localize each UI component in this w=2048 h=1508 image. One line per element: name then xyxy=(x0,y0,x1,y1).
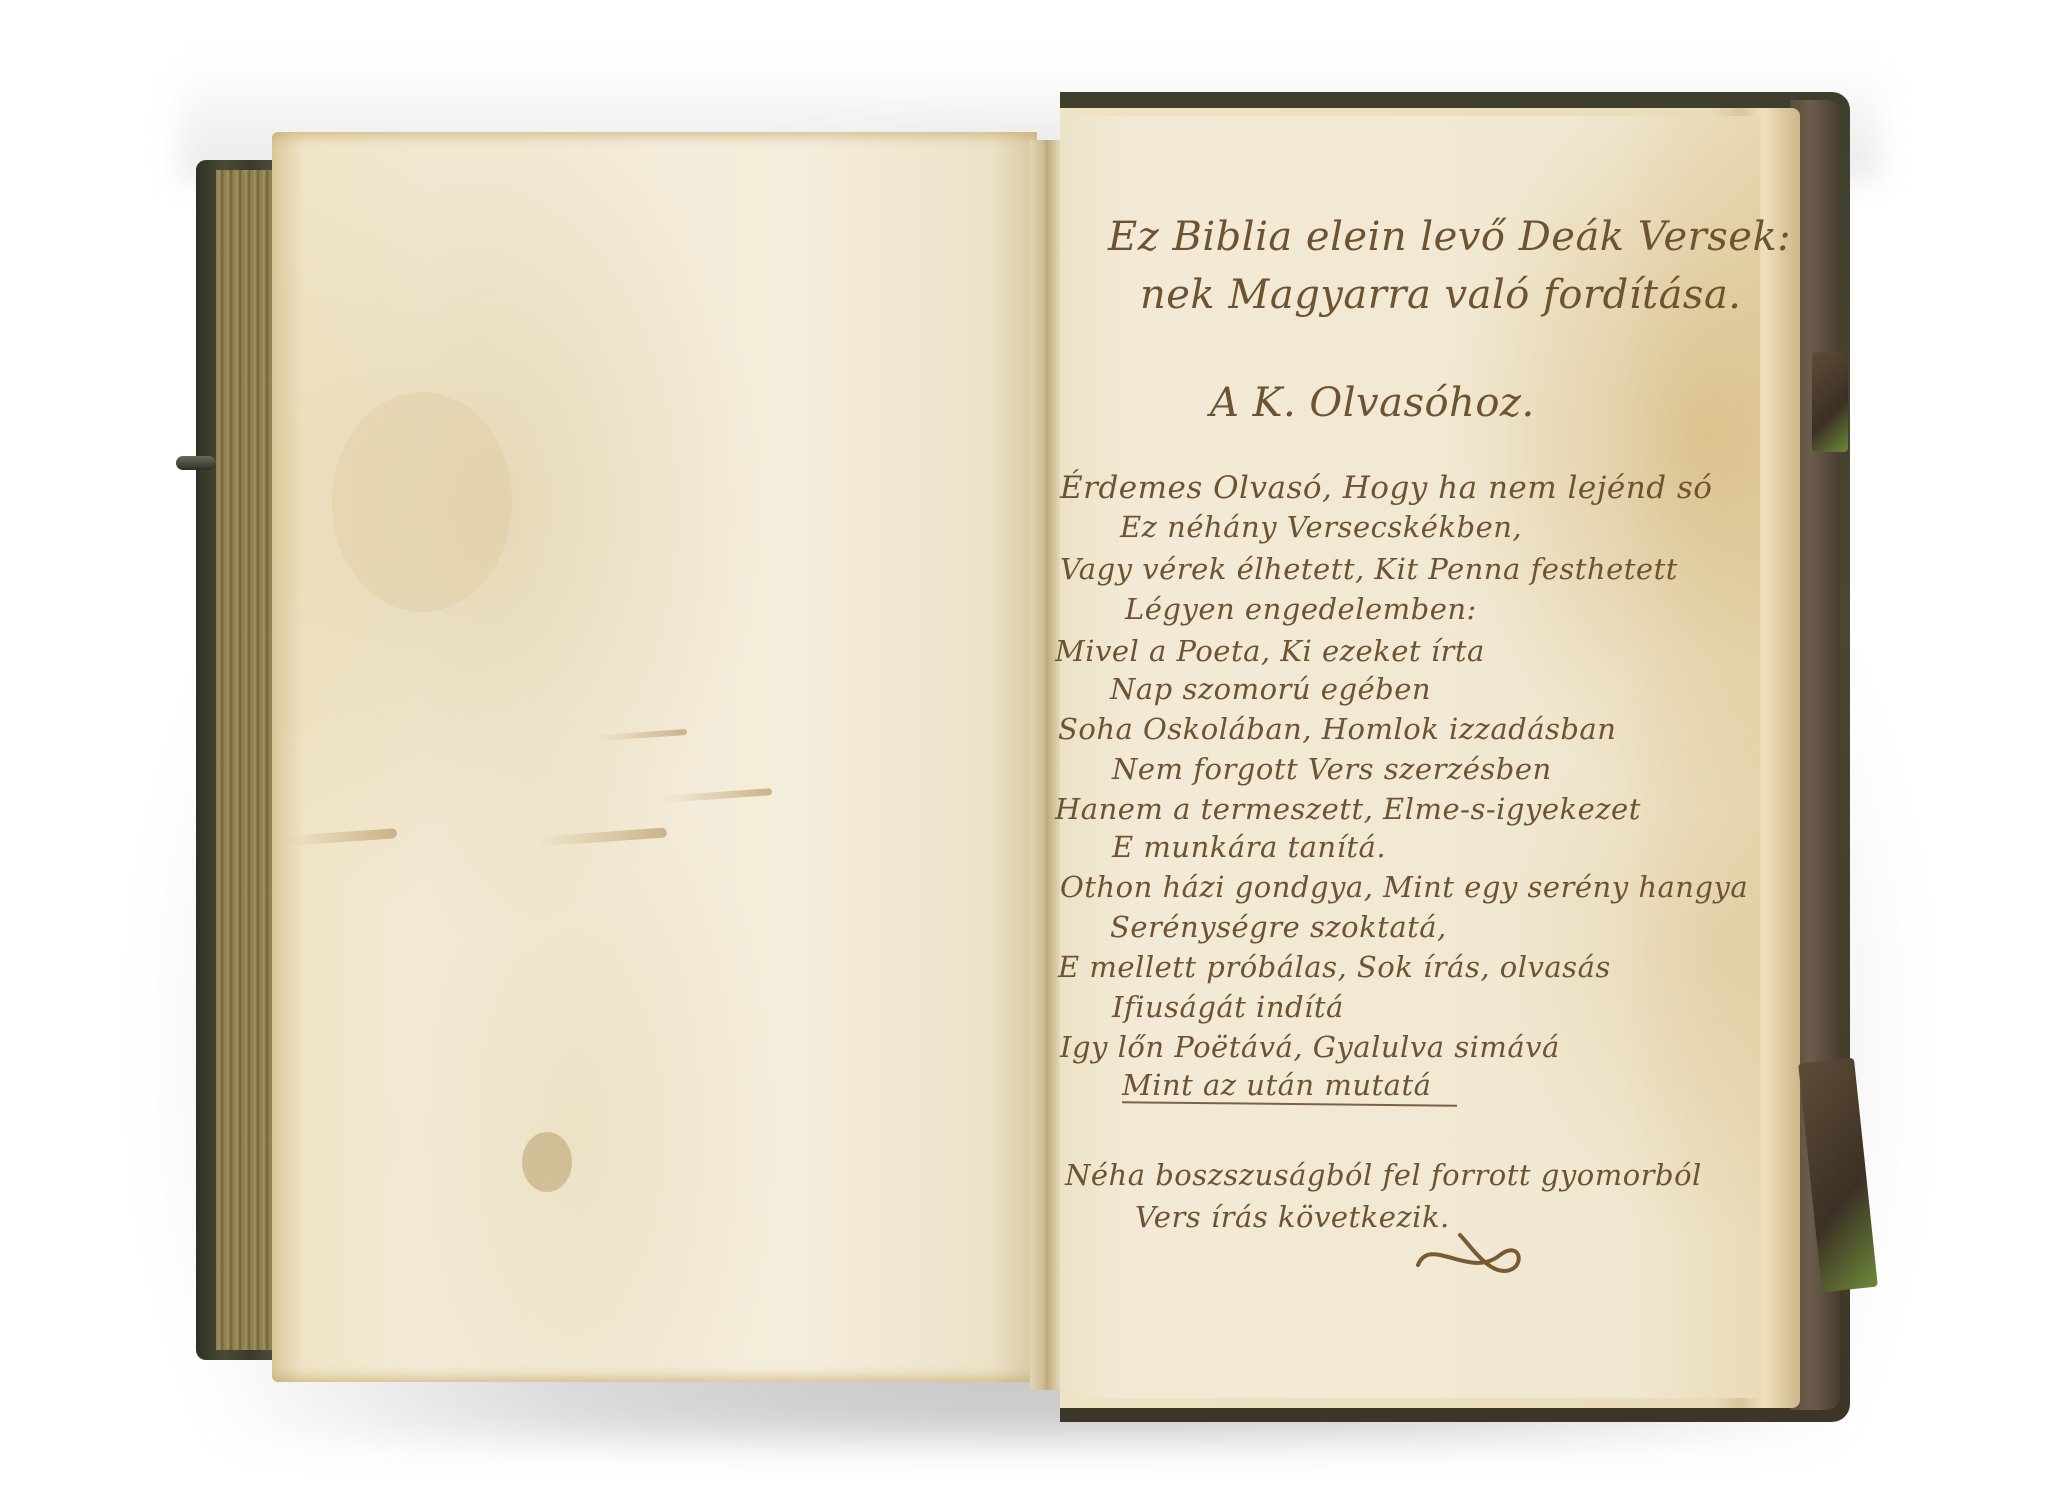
verse-line: Mivel a Poeta, Ki ezeket írta xyxy=(1055,634,1485,668)
clasp-pin-icon xyxy=(176,456,216,470)
verse-line: Igy lőn Poëtává, Gyalulva simává xyxy=(1060,1030,1560,1064)
verse-line: Nem forgott Vers szerzésben xyxy=(1112,752,1552,786)
verse-line: Vagy vérek élhetett, Kit Penna festhetet… xyxy=(1060,552,1678,586)
verse-line: Ifiuságát indítá xyxy=(1112,990,1344,1024)
stain xyxy=(522,1132,572,1192)
verse-line: Nap szomorú egében xyxy=(1110,672,1431,706)
verse-line: Ez néhány Versecskékben, xyxy=(1120,510,1522,544)
verse-line: Érdemes Olvasó, Hogy ha nem lejénd só xyxy=(1060,470,1712,506)
book-scene: Ez Biblia elein levő Deák Versek: nek Ma… xyxy=(0,0,2048,1508)
verse-line: Mint az után mutatá xyxy=(1122,1068,1431,1102)
heading-to-reader: A K. Olvasóhoz. xyxy=(1210,380,1535,426)
closing-line: Néha boszszuságból fel forrott gyomorból xyxy=(1065,1158,1702,1192)
stain-streak xyxy=(662,788,772,803)
stain-streak xyxy=(287,828,397,846)
stain xyxy=(332,392,512,612)
stain-streak xyxy=(537,827,667,846)
verse-line: Légyen engedelemben: xyxy=(1125,592,1477,626)
verse-line: Serénységre szoktatá, xyxy=(1110,910,1447,944)
verse-line: Soha Oskolában, Homlok izzadásban xyxy=(1058,712,1616,746)
clasp-strap-top xyxy=(1812,352,1848,452)
flourish-icon xyxy=(1410,1225,1530,1285)
stain-streak xyxy=(597,729,687,741)
book-gutter xyxy=(1030,140,1060,1390)
title-line-2: nek Magyarra való fordítása. xyxy=(1140,272,1742,318)
title-line-1: Ez Biblia elein levő Deák Versek: xyxy=(1108,214,1791,260)
closing-line: Vers írás következik. xyxy=(1135,1200,1450,1234)
verse-line: E munkára tanítá. xyxy=(1112,830,1386,864)
verse-line: Hanem a termeszett, Elme-s-igyekezet xyxy=(1055,792,1641,826)
left-page-blank xyxy=(272,132,1037,1382)
verse-line: E mellett próbálas, Sok írás, olvasás xyxy=(1058,950,1611,984)
verse-line: Othon házi gondgya, Mint egy serény hang… xyxy=(1060,870,1748,904)
left-page-edges xyxy=(216,170,276,1350)
